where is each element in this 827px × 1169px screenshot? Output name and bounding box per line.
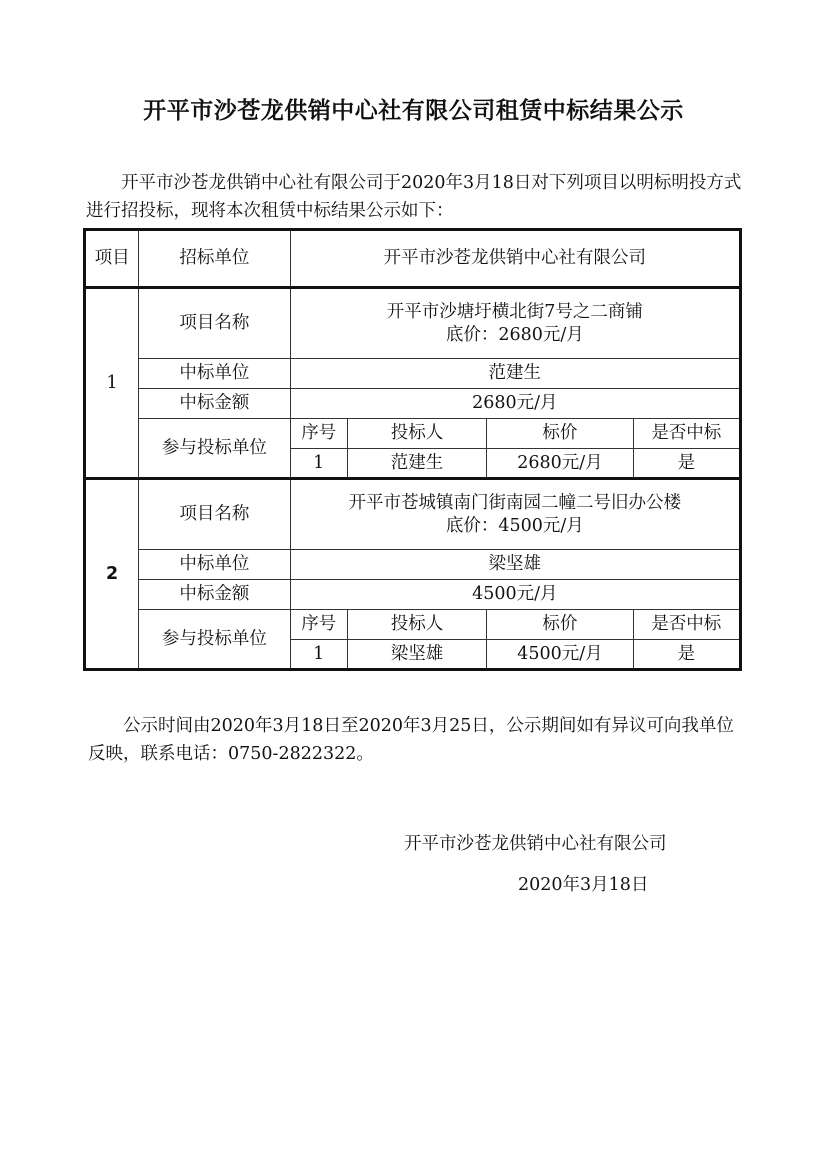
header-tender-unit: 招标单位 <box>139 230 290 288</box>
project-2-name-cell: 开平市苍城镇南门街南园二幢二号旧办公楼 底价：4500元/月 <box>290 479 740 550</box>
bidder-name: 梁坚雄 <box>347 640 486 670</box>
project-1-winner-row: 中标单位 范建生 <box>85 359 741 389</box>
intro-paragraph: 开平市沙苍龙供销中心社有限公司于2020年3月18日对下列项目以明标明投方式进行… <box>86 169 746 225</box>
document-title: 开平市沙苍龙供销中心社有限公司租赁中标结果公示 <box>0 92 827 125</box>
project-2-bidder-header-row: 参与投标单位 序号 投标人 标价 是否中标 <box>85 610 741 640</box>
project-1-winner: 范建生 <box>290 359 740 389</box>
project-1-number: 1 <box>85 288 139 479</box>
bidder-price: 2680元/月 <box>487 449 633 479</box>
bidder-col-price: 标价 <box>487 419 633 449</box>
project-1-name-row: 1 项目名称 开平市沙塘圩横北街7号之二商铺 底价：2680元/月 <box>85 288 741 359</box>
bidder-col-won: 是否中标 <box>633 610 740 640</box>
project-2-winner-row: 中标单位 梁坚雄 <box>85 550 741 580</box>
tender-unit-value: 开平市沙苍龙供销中心社有限公司 <box>290 230 740 288</box>
bidder-col-seq: 序号 <box>290 610 347 640</box>
header-item: 项目 <box>85 230 139 288</box>
project-2-amount: 4500元/月 <box>290 580 740 610</box>
label-bidders: 参与投标单位 <box>139 610 290 670</box>
project-2-base-price: 底价：4500元/月 <box>291 515 739 538</box>
bidder-won: 是 <box>633 640 740 670</box>
label-winner: 中标单位 <box>139 359 290 389</box>
project-2-name: 开平市苍城镇南门街南园二幢二号旧办公楼 <box>291 492 739 515</box>
label-project-name: 项目名称 <box>139 288 290 359</box>
label-amount: 中标金额 <box>139 389 290 419</box>
bidder-name: 范建生 <box>347 449 486 479</box>
label-winner: 中标单位 <box>139 550 290 580</box>
bidder-col-price: 标价 <box>487 610 633 640</box>
signature-date: 2020年3月18日 <box>518 871 648 896</box>
project-1-bidder-header-row: 参与投标单位 序号 投标人 标价 是否中标 <box>85 419 741 449</box>
bidder-price: 4500元/月 <box>487 640 633 670</box>
bidder-col-bidder: 投标人 <box>347 610 486 640</box>
project-1-amount: 2680元/月 <box>290 389 740 419</box>
bidder-col-seq: 序号 <box>290 419 347 449</box>
label-amount: 中标金额 <box>139 580 290 610</box>
project-2-winner: 梁坚雄 <box>290 550 740 580</box>
bidder-seq: 1 <box>290 640 347 670</box>
label-project-name: 项目名称 <box>139 479 290 550</box>
bidder-won: 是 <box>633 449 740 479</box>
project-2-number: 2 <box>85 479 139 670</box>
label-bidders: 参与投标单位 <box>139 419 290 479</box>
project-1-amount-row: 中标金额 2680元/月 <box>85 389 741 419</box>
project-1-base-price: 底价：2680元/月 <box>291 324 739 347</box>
bidder-seq: 1 <box>290 449 347 479</box>
notice-paragraph: 公示时间由2020年3月18日至2020年3月25日，公示期间如有异议可向我单位… <box>88 712 748 768</box>
signature-organization: 开平市沙苍龙供销中心社有限公司 <box>404 830 667 855</box>
project-2-name-row: 2 项目名称 开平市苍城镇南门街南园二幢二号旧办公楼 底价：4500元/月 <box>85 479 741 550</box>
project-1-name: 开平市沙塘圩横北街7号之二商铺 <box>291 301 739 324</box>
bidder-col-bidder: 投标人 <box>347 419 486 449</box>
results-table: 项目 招标单位 开平市沙苍龙供销中心社有限公司 1 项目名称 开平市沙塘圩横北街… <box>83 228 742 671</box>
bidder-col-won: 是否中标 <box>633 419 740 449</box>
project-1-name-cell: 开平市沙塘圩横北街7号之二商铺 底价：2680元/月 <box>290 288 740 359</box>
table-header-row: 项目 招标单位 开平市沙苍龙供销中心社有限公司 <box>85 230 741 288</box>
project-2-amount-row: 中标金额 4500元/月 <box>85 580 741 610</box>
